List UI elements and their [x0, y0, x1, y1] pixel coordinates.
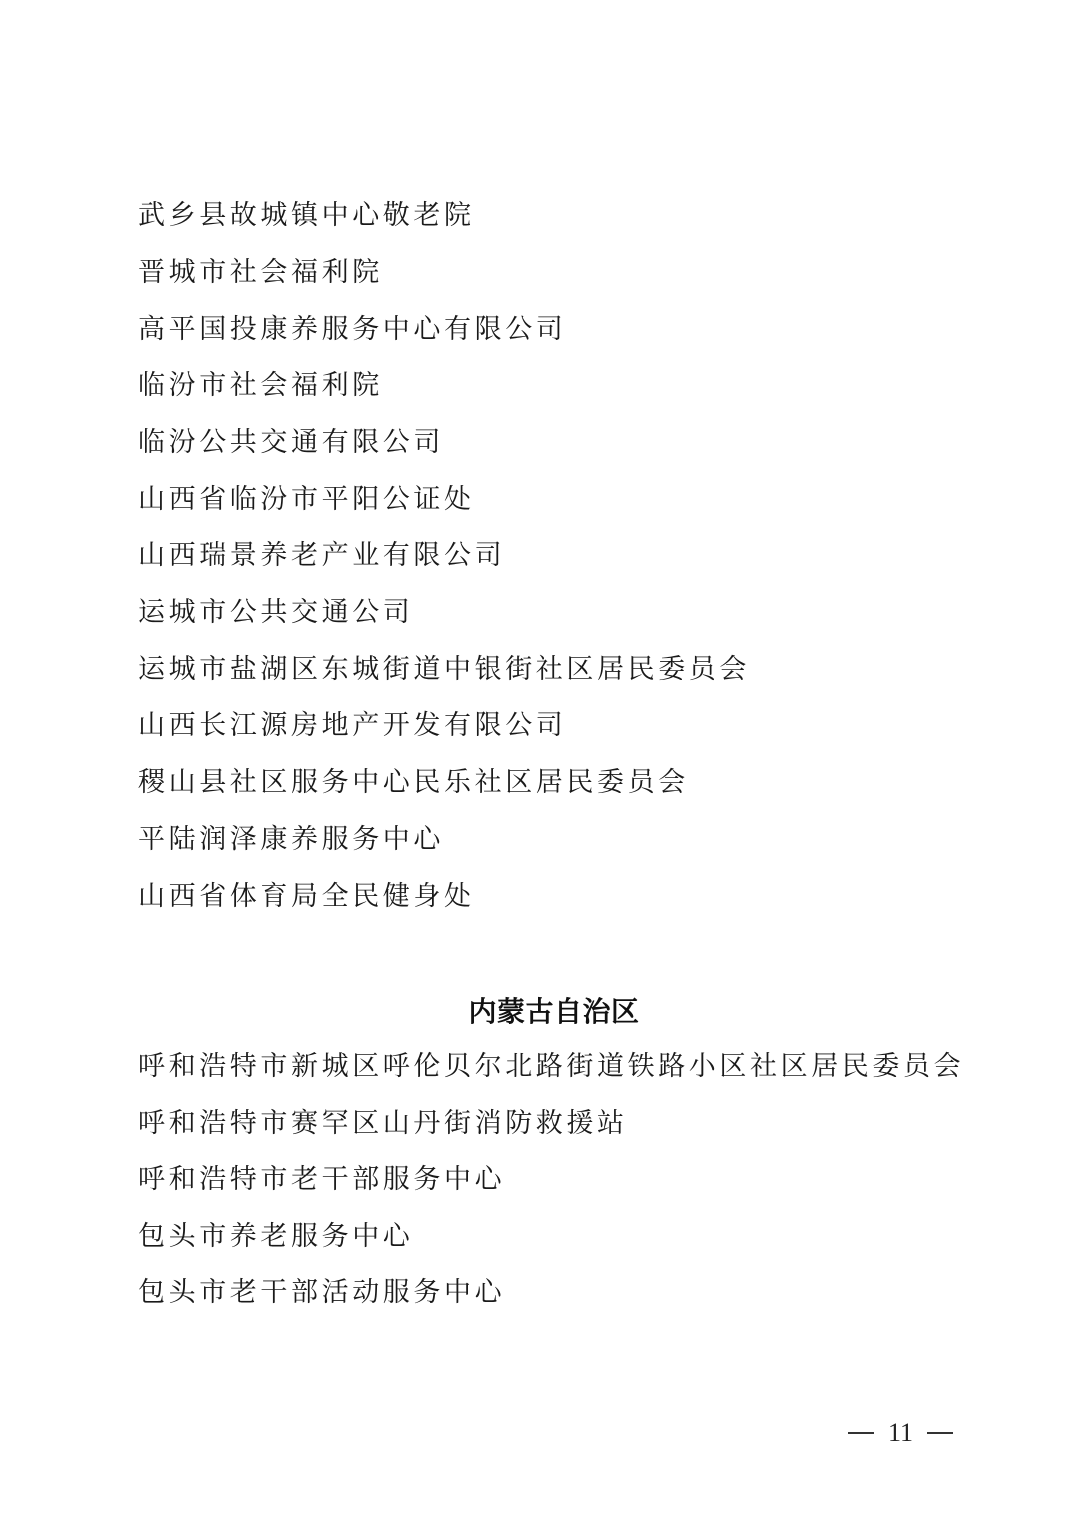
- list-item: 包头市老干部活动服务中心: [138, 1275, 505, 1311]
- list-item: 呼和浩特市赛罕区山丹街消防救援站: [138, 1106, 628, 1142]
- list-item: 呼和浩特市老干部服务中心: [138, 1162, 505, 1198]
- list-item: 运城市盐湖区东城街道中银街社区居民委员会: [138, 652, 750, 688]
- list-item: 临汾市社会福利院: [138, 368, 383, 404]
- list-item: 稷山县社区服务中心民乐社区居民委员会: [138, 765, 689, 801]
- list-item: 武乡县故城镇中心敬老院: [138, 198, 475, 234]
- list-item: 山西瑞景养老产业有限公司: [138, 538, 505, 574]
- list-item: 包头市养老服务中心: [138, 1219, 413, 1255]
- list-item: 山西省临汾市平阳公证处: [138, 482, 475, 518]
- list-item: 呼和浩特市新城区呼伦贝尔北路街道铁路小区社区居民委员会: [138, 1049, 964, 1085]
- dash-left: [848, 1432, 874, 1434]
- section-heading: 内蒙古自治区: [0, 994, 1080, 1030]
- list-item: 临汾公共交通有限公司: [138, 425, 444, 461]
- dash-right: [927, 1432, 953, 1434]
- list-item: 高平国投康养服务中心有限公司: [138, 312, 566, 348]
- list-item: 晋城市社会福利院: [138, 255, 383, 291]
- list-item: 运城市公共交通公司: [138, 595, 413, 631]
- page-number: 11: [848, 1418, 953, 1448]
- list-item: 山西长江源房地产开发有限公司: [138, 708, 566, 744]
- page-number-value: 11: [888, 1418, 913, 1448]
- list-item: 山西省体育局全民健身处: [138, 879, 475, 915]
- list-item: 平陆润泽康养服务中心: [138, 822, 444, 858]
